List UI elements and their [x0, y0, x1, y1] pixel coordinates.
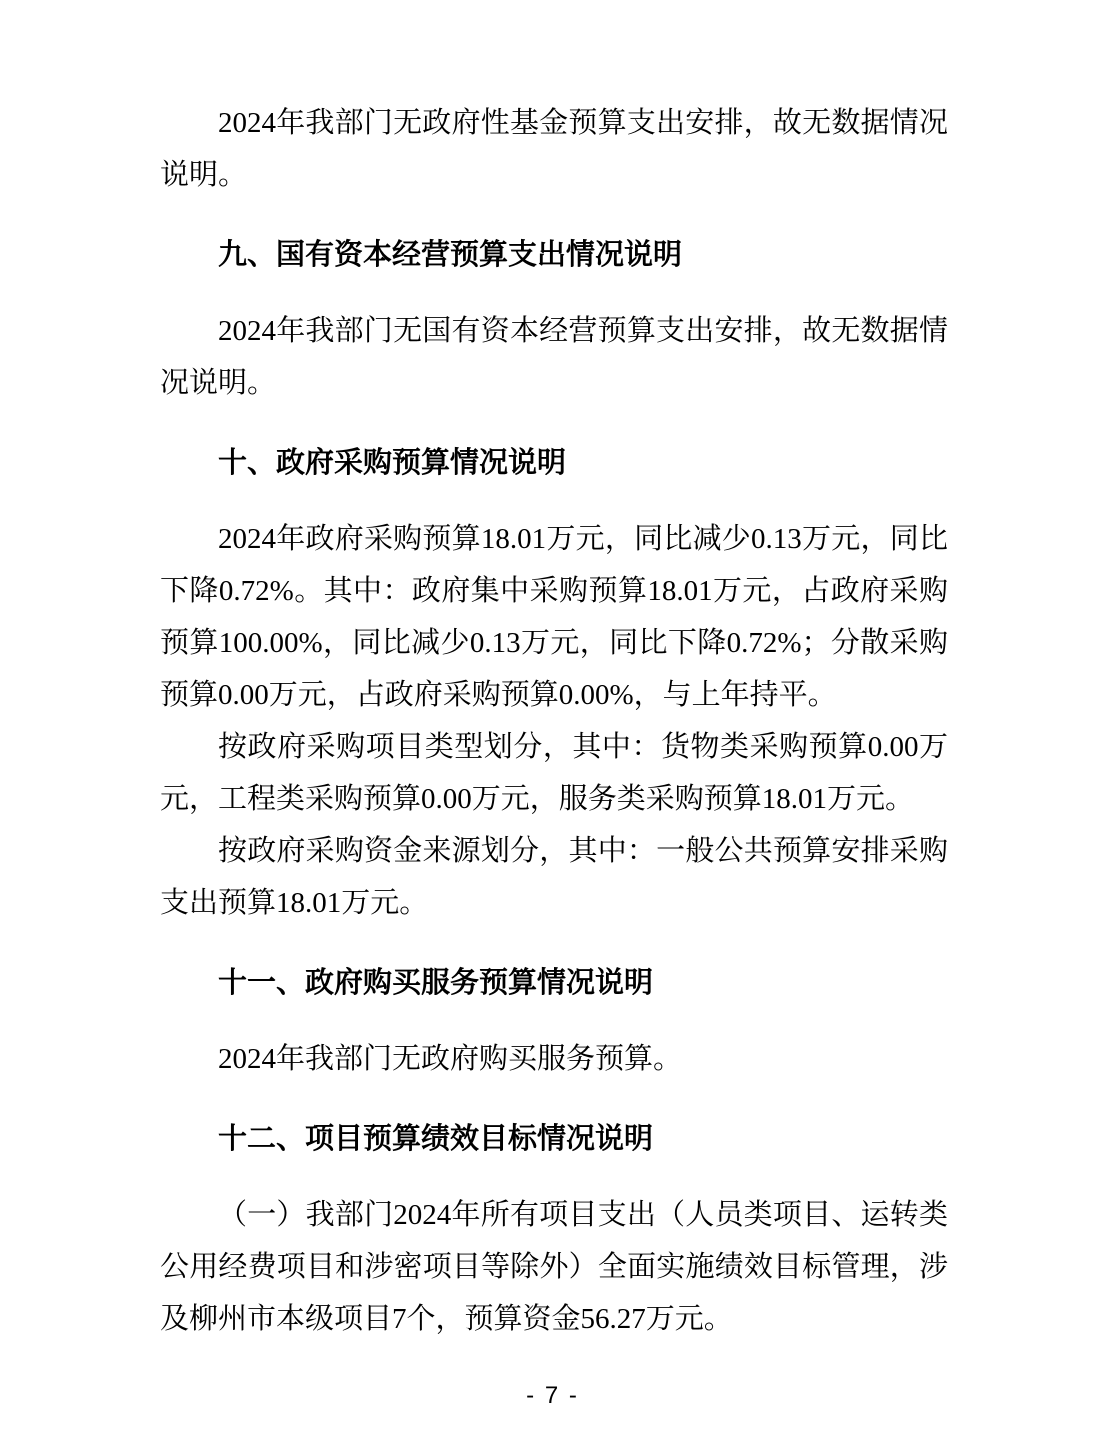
body-paragraph: 2024年我部门无政府购买服务预算。 [160, 1033, 948, 1085]
document-body: 2024年我部门无政府性基金预算支出安排，故无数据情况说明。九、国有资本经营预算… [160, 0, 948, 1345]
section-heading: 十二、项目预算绩效目标情况说明 [160, 1113, 948, 1165]
body-paragraph: 2024年我部门无政府性基金预算支出安排，故无数据情况说明。 [160, 97, 948, 201]
body-paragraph: 2024年政府采购预算18.01万元，同比减少0.13万元，同比下降0.72%。… [160, 513, 948, 721]
body-paragraph: （一）我部门2024年所有项目支出（人员类项目、运转类公用经费项目和涉密项目等除… [160, 1189, 948, 1345]
document-page: 2024年我部门无政府性基金预算支出安排，故无数据情况说明。九、国有资本经营预算… [0, 0, 1105, 1430]
section-heading: 十、政府采购预算情况说明 [160, 437, 948, 489]
section-heading: 九、国有资本经营预算支出情况说明 [160, 229, 948, 281]
body-paragraph: 2024年我部门无国有资本经营预算支出安排，故无数据情况说明。 [160, 305, 948, 409]
body-paragraph: 按政府采购项目类型划分，其中：货物类采购预算0.00万元，工程类采购预算0.00… [160, 721, 948, 825]
body-paragraph: 按政府采购资金来源划分，其中：一般公共预算安排采购支出预算18.01万元。 [160, 825, 948, 929]
section-heading: 十一、政府购买服务预算情况说明 [160, 957, 948, 1009]
page-number: - 7 - [0, 1382, 1105, 1410]
